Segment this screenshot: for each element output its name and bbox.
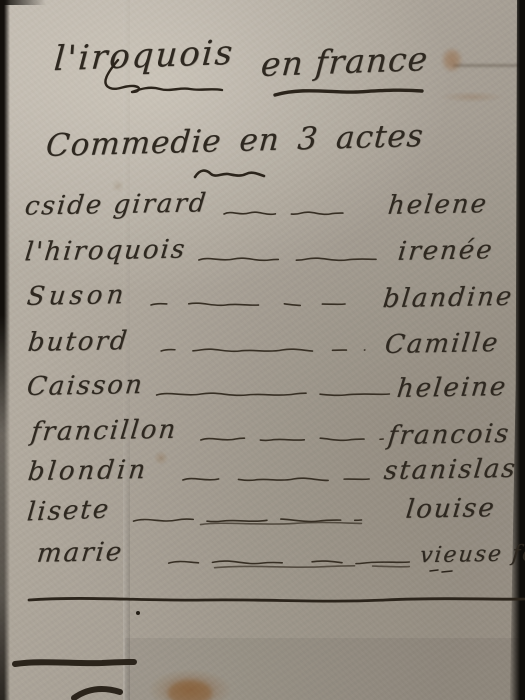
role-name: Suson — [25, 280, 128, 312]
connector-dashes — [180, 472, 372, 486]
connector-dashes — [148, 297, 348, 311]
actor-name-underline — [428, 568, 456, 576]
subtitle-flourish — [192, 165, 268, 183]
actor-name: francois — [386, 419, 511, 451]
bottom-partial-mark — [70, 684, 126, 700]
connector-dashes — [198, 432, 386, 446]
actor-name: heleine — [395, 372, 508, 404]
connector-dashes — [130, 512, 365, 528]
actor-name: vieuse fem — [419, 541, 525, 568]
role-name: marie — [35, 537, 124, 569]
subtitle: Commedie en 3 actes — [45, 118, 425, 164]
actor-name: louise — [404, 493, 497, 525]
manuscript-photo: l'iroquois en france Commedie en 3 actes… — [0, 0, 525, 700]
role-name: Caisson — [25, 370, 145, 402]
actor-name: helene — [386, 189, 489, 221]
connector-dashes — [158, 343, 368, 357]
short-thick-rule — [12, 656, 138, 670]
role-name: blondin — [26, 455, 149, 487]
role-name: butord — [26, 326, 130, 358]
bottom-stain — [168, 680, 212, 700]
photo-left-edge — [0, 0, 10, 700]
role-name: l'hiroquois — [23, 235, 187, 268]
connector-dashes — [196, 252, 384, 266]
title-underline — [272, 84, 426, 100]
role-name: francillon — [29, 415, 178, 448]
role-name: cside girard — [23, 188, 209, 221]
connector-dashes — [222, 206, 357, 220]
photo-top-edge — [0, 0, 46, 5]
top-right-crease — [453, 64, 525, 67]
role-name: lisete — [26, 494, 112, 527]
long-horizontal-rule — [25, 592, 525, 608]
actor-name: irenée — [396, 235, 495, 267]
ink-dot — [136, 611, 140, 615]
actor-name: stanislas — [382, 454, 518, 486]
actor-name: blandine — [381, 282, 514, 314]
connector-dashes — [153, 387, 393, 401]
actor-name: Camille — [383, 328, 501, 360]
title-flourish — [84, 58, 234, 98]
connector-dashes — [165, 554, 413, 570]
top-right-stain — [444, 50, 460, 70]
title-word-en-france: en france — [260, 39, 430, 84]
